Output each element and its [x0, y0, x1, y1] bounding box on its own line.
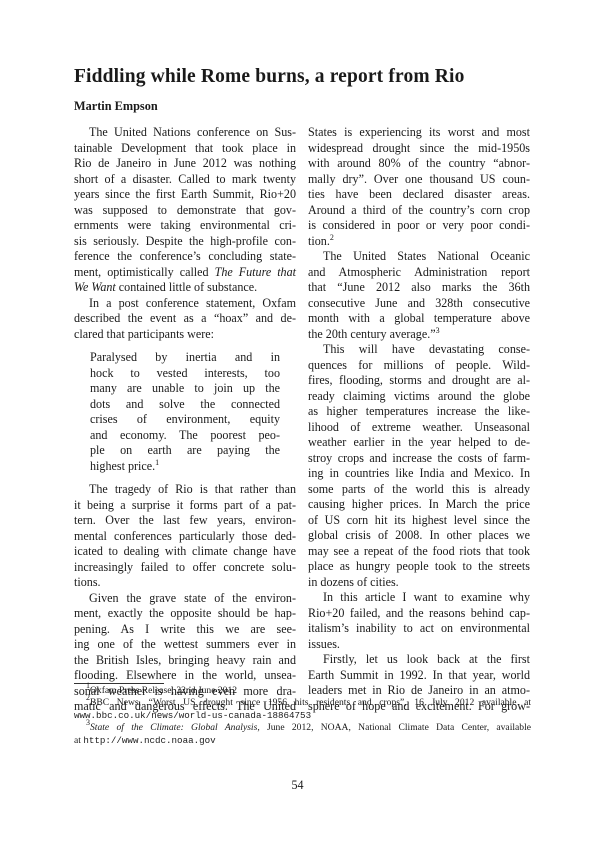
text-line: ing one of the wettest summers ever in	[74, 637, 296, 653]
block-quote: Paralysed by inertia and in hock to vest…	[90, 350, 280, 474]
text-line: was supposed to demonstrate that gov-	[74, 203, 296, 219]
text-line: place as hungry people took to the stree…	[308, 559, 530, 575]
footnote-mark[interactable]: 2	[330, 233, 334, 242]
text-line: issues.	[308, 637, 530, 653]
text-line: icated to dealing with climate change ha…	[74, 544, 296, 560]
footnote-url-link[interactable]: http://www.ncdc.noaa.gov	[83, 735, 215, 746]
quote-line: many are unable to join up the	[90, 381, 280, 397]
text-line: and Atmospheric Administration report	[308, 265, 530, 281]
quote-line: and economy. The poorest peo-	[90, 428, 280, 444]
article-title: Fiddling while Rome burns, a report from…	[74, 66, 464, 88]
text-line: The United States National Oceanic	[308, 249, 530, 265]
text-line: ties have been declared disaster areas.	[308, 187, 530, 203]
text-line: the 20th century average.”3	[308, 327, 530, 343]
text-line: We Want contained little of substance.	[74, 280, 296, 296]
page-number: 54	[0, 778, 595, 793]
text-line: in dozens of cities.	[308, 575, 530, 591]
text-line: lihood of extreme weather. Unseasonal	[308, 420, 530, 436]
text-line: Around a third of the country’s corn cro…	[308, 203, 530, 219]
footnote-text: BBC News, “Worst US drought since 1956 h…	[90, 697, 531, 708]
text-line: Given the grave state of the environ-	[74, 591, 296, 607]
quote-line: crises of environment, equity	[90, 412, 280, 428]
text-line: that “June 2012 also marks the 36th	[308, 280, 530, 296]
footnote-1: 1Oxfam Press Release, 22nd June 2012	[74, 685, 531, 697]
text-line: quences for millions of people. Wild-	[308, 358, 530, 374]
text-line: weather earlier in the year helped to de…	[308, 435, 530, 451]
text-line: tions.	[74, 575, 296, 591]
paragraph: The United Nations conference on Sus- ta…	[74, 125, 296, 296]
text-line: increasingly failed to offer concrete so…	[74, 560, 296, 576]
text-line: some parts of the world this is already	[308, 482, 530, 498]
text-line: Rio+20 failed, and the reasons behind ca…	[308, 606, 530, 622]
text-line: italism’s inability to act on environmen…	[308, 621, 530, 637]
document-page: Fiddling while Rome burns, a report from…	[0, 0, 595, 842]
text-line: is considered in poor or very poor condi…	[308, 218, 530, 234]
footnote-italic-title: State of the Climate: Global Analysis	[90, 722, 257, 733]
footnote-url-link[interactable]: www.bbc.co.uk/news/world-us-canada-18864…	[74, 710, 311, 721]
footnote-text: , June 2012, NOAA, National Climate Data…	[257, 722, 531, 733]
text-line: clared that participants were:	[74, 327, 296, 343]
quote-line: highest price.1	[90, 459, 280, 475]
text-span: the 20th century average.”	[308, 327, 436, 341]
text-line: ment, exactly the opposite should be hap…	[74, 606, 296, 622]
quote-line: Paralysed by inertia and in	[90, 350, 280, 366]
footnote-3: 3State of the Climate: Global Analysis, …	[74, 722, 531, 734]
text-line: it being a surprise it forms part of a p…	[74, 498, 296, 514]
text-line: Firstly, let us look back at the first	[308, 652, 530, 668]
paragraph: The tragedy of Rio is that rather than i…	[74, 482, 296, 591]
text-line: In a post conference statement, Oxfam	[74, 296, 296, 312]
text-line: Earth Summit in 1992. In that year, worl…	[308, 668, 530, 684]
text-line: stroy crops and increase the costs of fa…	[308, 451, 530, 467]
paragraph: The United States National Oceanic and A…	[308, 249, 530, 342]
left-column: The United Nations conference on Sus- ta…	[74, 125, 296, 715]
text-line: global crisis of 2008. In other places w…	[308, 528, 530, 544]
paragraph: States is experiencing its worst and mos…	[308, 125, 530, 249]
footnotes: 1Oxfam Press Release, 22nd June 2012 2BB…	[74, 685, 531, 747]
text-span: ment, optimistically called	[74, 265, 215, 279]
text-line: Rio de Janeiro in June 2012 was nothing	[74, 156, 296, 172]
text-line: sis seriously. Despite the high-profile …	[74, 234, 296, 250]
footnote-2: 2BBC News, “Worst US drought since 1956 …	[74, 697, 531, 709]
text-line: The tragedy of Rio is that rather than	[74, 482, 296, 498]
text-line: In this article I want to examine why	[308, 590, 530, 606]
text-line: described the event as a “hoax” and de-	[74, 311, 296, 327]
text-line: of US corn hit its highest level since t…	[308, 513, 530, 529]
text-line: tern. Over the last few years, environ-	[74, 513, 296, 529]
text-line: month with a global temperature above	[308, 311, 530, 327]
text-line: The United Nations conference on Sus-	[74, 125, 296, 141]
text-line: widespread drought since the mid-1950s	[308, 141, 530, 157]
text-line: ment, optimistically called The Future t…	[74, 265, 296, 281]
text-line: pening. As I write this we are see-	[74, 622, 296, 638]
text-line: ference the conference’s concluding stat…	[74, 249, 296, 265]
footnote-mark[interactable]: 1	[155, 458, 159, 467]
article-author: Martin Empson	[74, 99, 158, 114]
quote-line: ple on earth are paying the	[90, 443, 280, 459]
footnote-mark[interactable]: 3	[436, 326, 440, 335]
text-line: with around 80% of the country “abnor-	[308, 156, 530, 172]
quote-line: dots and solve the connected	[90, 397, 280, 413]
text-span: tion.	[308, 234, 330, 248]
text-line: may see a repeat of the food riots that …	[308, 544, 530, 560]
text-line: This will have devastating conse-	[308, 342, 530, 358]
text-line: the British Isles, bringing heavy rain a…	[74, 653, 296, 669]
text-line: ready claiming victims around the globe	[308, 389, 530, 405]
text-span: contained little of substance.	[116, 280, 257, 294]
text-line: flooding. Elsewhere in the world, unsea-	[74, 668, 296, 684]
text-line: causing higher prices. In March the pric…	[308, 497, 530, 513]
text-line: tainable Development that took place in	[74, 141, 296, 157]
text-line: short of a disaster. Called to mark twen…	[74, 172, 296, 188]
text-line: consecutive June and 328th consecutive	[308, 296, 530, 312]
right-column: States is experiencing its worst and mos…	[308, 125, 530, 714]
text-line: mental conferences particularly those de…	[74, 529, 296, 545]
paragraph: In a post conference statement, Oxfam de…	[74, 296, 296, 343]
text-line: as higher temperatures increase the like…	[308, 404, 530, 420]
footnote-3-url-line: at http://www.ncdc.noaa.gov	[74, 735, 531, 747]
report-title-italic: We Want	[74, 280, 116, 294]
text-span: highest price.	[90, 459, 155, 473]
paragraph: This will have devastating conse- quence…	[308, 342, 530, 590]
report-title-italic: The Future that	[215, 265, 296, 279]
text-line: years since the first Earth Summit, Rio+…	[74, 187, 296, 203]
footnote-2-url-line: www.bbc.co.uk/news/world-us-canada-18864…	[74, 710, 531, 722]
text-line: mally dry”. Over one thousand US coun-	[308, 172, 530, 188]
text-line: ing in countries like India and Mexico. …	[308, 466, 530, 482]
footnote-text: at	[74, 735, 83, 746]
paragraph: In this article I want to examine why Ri…	[308, 590, 530, 652]
text-line: tion.2	[308, 234, 530, 250]
text-line: States is experiencing its worst and mos…	[308, 125, 530, 141]
text-line: ernments were taking environmental cri-	[74, 218, 296, 234]
footnote-text: Oxfam Press Release, 22nd June 2012	[90, 685, 237, 696]
quote-line: hock to vested interests, too	[90, 366, 280, 382]
text-line: fires, flooding, storms and drought are …	[308, 373, 530, 389]
